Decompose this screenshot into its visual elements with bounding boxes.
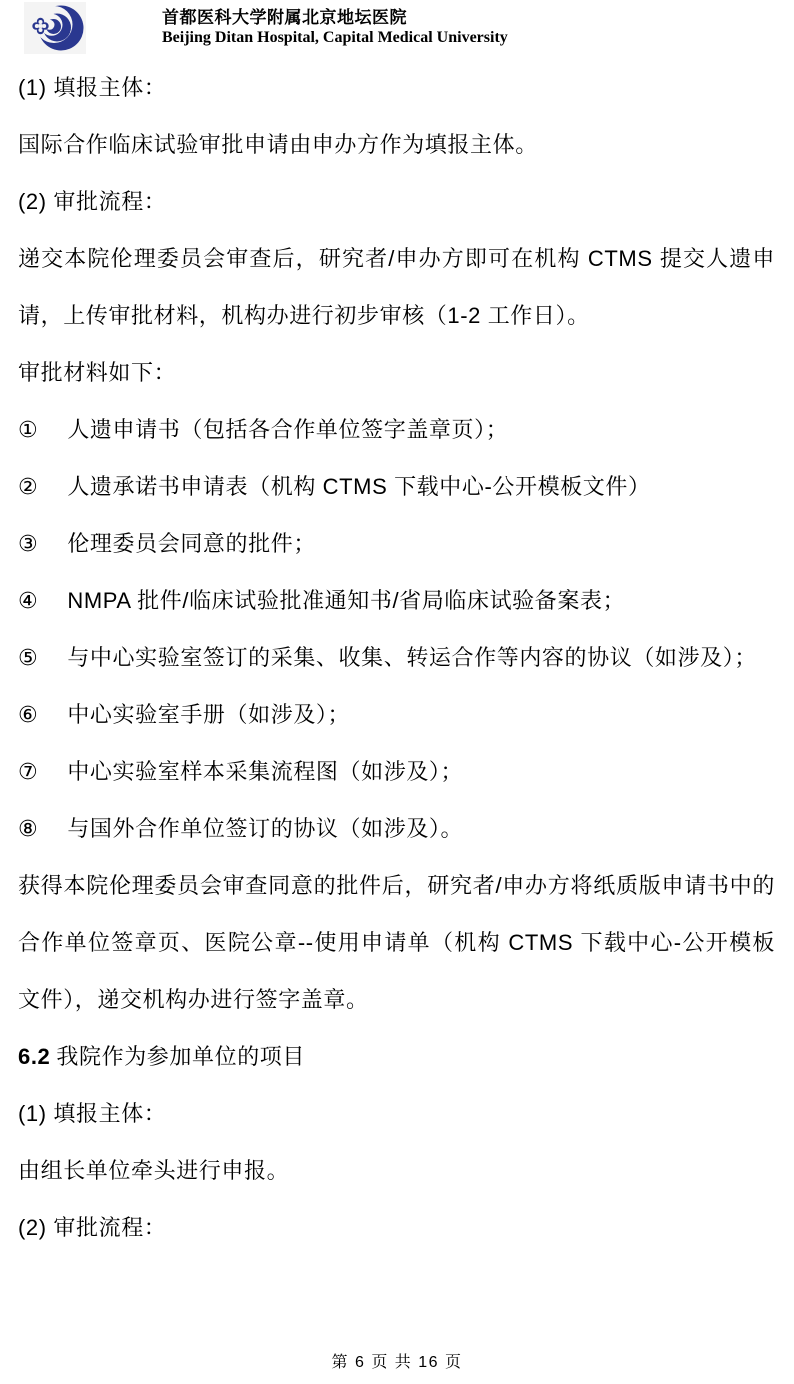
list-item-number: ①: [18, 401, 38, 458]
list-item-3: ③伦理委员会同意的批件；: [18, 515, 775, 572]
document-page: 首都医科大学附属北京地坛医院 Beijing Ditan Hospital, C…: [0, 0, 794, 1384]
list-item-text: NMPA 批件/临床试验批准通知书/省局临床试验备案表；: [67, 588, 625, 613]
page-footer: 第 6 页 共 16 页: [0, 1352, 794, 1374]
list-item-number: ⑦: [18, 743, 38, 800]
document-body: (1) 填报主体： 国际合作临床试验审批申请由申办方作为填报主体。 (2) 审批…: [18, 59, 775, 1256]
list-item-number: ⑤: [18, 629, 38, 686]
paragraph-approval-process: 递交本院伦理委员会审查后，研究者/申办方即可在机构 CTMS 提交人遗申请，上传…: [18, 230, 775, 344]
list-item-6: ⑥中心实验室手册（如涉及）；: [18, 686, 775, 743]
page-number-label: 第 6 页 共 16 页: [332, 1354, 463, 1371]
paragraph-lead-unit: 由组长单位牵头进行申报。: [18, 1142, 775, 1199]
list-item-text: 中心实验室手册（如涉及）；: [67, 702, 350, 727]
list-item-number: ③: [18, 515, 38, 572]
list-item-text: 人遗申请书（包括各合作单位签字盖章页）；: [67, 417, 508, 442]
hospital-swirl-icon: [24, 2, 86, 54]
paragraph-label-1: (1) 填报主体：: [18, 59, 775, 116]
hospital-name-chinese: 首都医科大学附属北京地坛医院: [162, 7, 508, 28]
hospital-logo: [24, 2, 86, 54]
list-item-7: ⑦中心实验室样本采集流程图（如涉及）；: [18, 743, 775, 800]
list-item-1: ①人遗申请书（包括各合作单位签字盖章页）；: [18, 401, 775, 458]
paragraph-label-4: (2) 审批流程：: [18, 1199, 775, 1256]
list-item-4: ④NMPA 批件/临床试验批准通知书/省局临床试验备案表；: [18, 572, 775, 629]
paragraph-after-approval: 获得本院伦理委员会审查同意的批件后，研究者/申办方将纸质版申请书中的合作单位签章…: [18, 857, 775, 1028]
list-item-text: 伦理委员会同意的批件；: [67, 531, 316, 556]
section-heading-6-2: 6.2我院作为参加单位的项目: [18, 1028, 775, 1085]
list-item-number: ④: [18, 572, 38, 629]
paragraph-filing-subject: 国际合作临床试验审批申请由申办方作为填报主体。: [18, 116, 775, 173]
list-item-number: ②: [18, 458, 38, 515]
list-item-number: ⑥: [18, 686, 38, 743]
list-item-number: ⑧: [18, 800, 38, 857]
list-item-5: ⑤与中心实验室签订的采集、收集、转运合作等内容的协议（如涉及）；: [18, 629, 775, 686]
list-item-2: ②人遗承诺书申请表（机构 CTMS 下载中心-公开模板文件）: [18, 458, 775, 515]
paragraph-materials-intro: 审批材料如下：: [18, 344, 775, 401]
list-item-text: 与国外合作单位签订的协议（如涉及）。: [67, 816, 463, 841]
paragraph-label-3: (1) 填报主体：: [18, 1085, 775, 1142]
list-item-text: 中心实验室样本采集流程图（如涉及）；: [67, 759, 463, 784]
paragraph-label-2: (2) 审批流程：: [18, 173, 775, 230]
hospital-name-english: Beijing Ditan Hospital, Capital Medical …: [162, 28, 508, 47]
list-item-8: ⑧与国外合作单位签订的协议（如涉及）。: [18, 800, 775, 857]
section-title: 我院作为参加单位的项目: [56, 1044, 305, 1069]
list-item-text: 人遗承诺书申请表（机构 CTMS 下载中心-公开模板文件）: [67, 474, 650, 499]
section-number: 6.2: [18, 1044, 50, 1069]
list-item-text: 与中心实验室签订的采集、收集、转运合作等内容的协议（如涉及）；: [67, 645, 757, 670]
header-titles: 首都医科大学附属北京地坛医院 Beijing Ditan Hospital, C…: [162, 7, 508, 47]
